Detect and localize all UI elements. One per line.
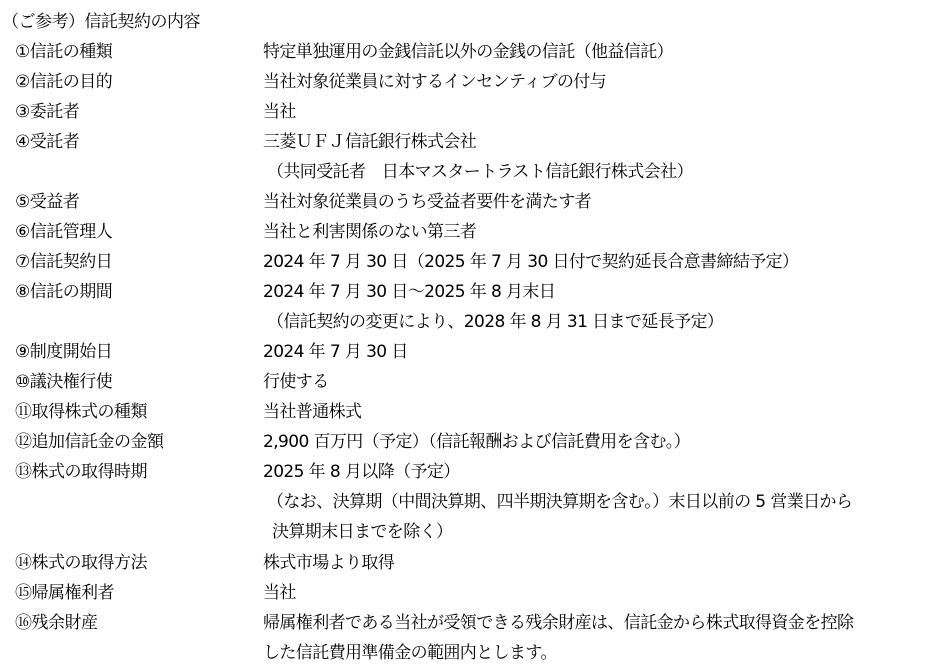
item-value-continuation: （共同受託者 日本マスタートラスト信託銀行株式会社）	[267, 157, 693, 187]
item-label: ⑨制度開始日	[15, 337, 112, 367]
item-label: ④受託者	[15, 127, 79, 157]
item-trustee-continuation: （共同受託者 日本マスタートラスト信託銀行株式会社）	[0, 157, 926, 187]
item-value: 行使する	[263, 367, 329, 397]
item-trust-type: ①信託の種類 特定単独運用の金銭信託以外の金銭の信託（他益信託）	[0, 37, 926, 67]
item-trustor: ③委託者 当社	[0, 97, 926, 127]
item-value-continuation: （信託契約の変更により、2028 年 8 月 31 日まで延長予定）	[267, 307, 723, 337]
item-label: ①信託の種類	[15, 37, 112, 67]
item-label: ⑯残余財産	[15, 608, 98, 638]
item-start-date: ⑨制度開始日 2024 年 7 月 30 日	[0, 337, 926, 367]
item-value: 2025 年 8 月以降（予定）	[263, 457, 460, 487]
item-value-continuation: （なお、決算期（中間決算期、四半期決算期を含む。）末日以前の 5 営業日から	[267, 487, 852, 517]
document-title: （ご参考）信託契約の内容	[2, 7, 200, 37]
item-share-type: ⑪取得株式の種類 当社普通株式	[0, 397, 926, 427]
item-value: 当社	[263, 97, 296, 127]
item-acquisition-period: ⑬株式の取得時期 2025 年 8 月以降（予定）	[0, 457, 926, 487]
item-trustee: ④受託者 三菱ＵＦＪ信託銀行株式会社	[0, 127, 926, 157]
item-trust-purpose: ②信託の目的 当社対象従業員に対するインセンティブの付与	[0, 67, 926, 97]
item-label: ⑫追加信託金の金額	[15, 427, 164, 457]
item-acquisition-period-continuation-2: 決算期末日までを除く）	[0, 517, 926, 547]
item-label: ⑤受益者	[15, 187, 79, 217]
item-value: 当社普通株式	[263, 397, 361, 427]
item-label: ⑩議決権行使	[15, 367, 112, 397]
item-value: 株式市場より取得	[263, 548, 394, 578]
item-value: 特定単独運用の金銭信託以外の金銭の信託（他益信託）	[263, 37, 673, 67]
item-label: ⑮帰属権利者	[15, 578, 114, 608]
item-value: 当社対象従業員のうち受益者要件を満たす者	[263, 187, 591, 217]
item-label: ⑦信託契約日	[15, 247, 112, 277]
item-value: 当社対象従業員に対するインセンティブの付与	[263, 67, 606, 97]
item-acquisition-method: ⑭株式の取得方法 株式市場より取得	[0, 548, 926, 578]
item-value: 当社と利害関係のない第三者	[263, 217, 476, 247]
item-residual-assets-continuation: した信託費用準備金の範囲内とします。	[0, 638, 926, 668]
item-value: 当社	[263, 578, 296, 608]
item-value: 2,900 百万円（予定）（信託報酬および信託費用を含む。）	[263, 427, 690, 457]
item-contract-date: ⑦信託契約日 2024 年 7 月 30 日（2025 年 7 月 30 日付で…	[0, 247, 926, 277]
item-label: ⑭株式の取得方法	[15, 548, 147, 578]
item-trust-administrator: ⑥信託管理人 当社と利害関係のない第三者	[0, 217, 926, 247]
item-value: 2024 年 7 月 30 日	[263, 337, 408, 367]
item-label: ⑪取得株式の種類	[15, 397, 147, 427]
item-label: ⑥信託管理人	[15, 217, 112, 247]
item-residual-assets: ⑯残余財産 帰属権利者である当社が受領できる残余財産は、信託金から株式取得資金を…	[0, 608, 926, 638]
item-value: 2024 年 7 月 30 日～2025 年 8 月末日	[263, 277, 555, 307]
item-beneficiary: ⑤受益者 当社対象従業員のうち受益者要件を満たす者	[0, 187, 926, 217]
item-trust-period: ⑧信託の期間 2024 年 7 月 30 日～2025 年 8 月末日	[0, 277, 926, 307]
item-label: ⑬株式の取得時期	[15, 457, 147, 487]
item-additional-trust-amount: ⑫追加信託金の金額 2,900 百万円（予定）（信託報酬および信託費用を含む。）	[0, 427, 926, 457]
item-value-continuation: した信託費用準備金の範囲内とします。	[263, 638, 557, 668]
item-voting-rights: ⑩議決権行使 行使する	[0, 367, 926, 397]
item-label: ⑧信託の期間	[15, 277, 112, 307]
item-vested-beneficiary: ⑮帰属権利者 当社	[0, 578, 926, 608]
item-value: 2024 年 7 月 30 日（2025 年 7 月 30 日付で契約延長合意書…	[263, 247, 798, 277]
item-value: 帰属権利者である当社が受領できる残余財産は、信託金から株式取得資金を控除	[263, 608, 853, 638]
item-trust-period-continuation: （信託契約の変更により、2028 年 8 月 31 日まで延長予定）	[0, 307, 926, 337]
item-label: ②信託の目的	[15, 67, 112, 97]
item-label: ③委託者	[15, 97, 79, 127]
item-value-continuation: 決算期末日までを除く）	[272, 517, 452, 547]
item-value: 三菱ＵＦＪ信託銀行株式会社	[263, 127, 476, 157]
item-acquisition-period-continuation-1: （なお、決算期（中間決算期、四半期決算期を含む。）末日以前の 5 営業日から	[0, 487, 926, 517]
